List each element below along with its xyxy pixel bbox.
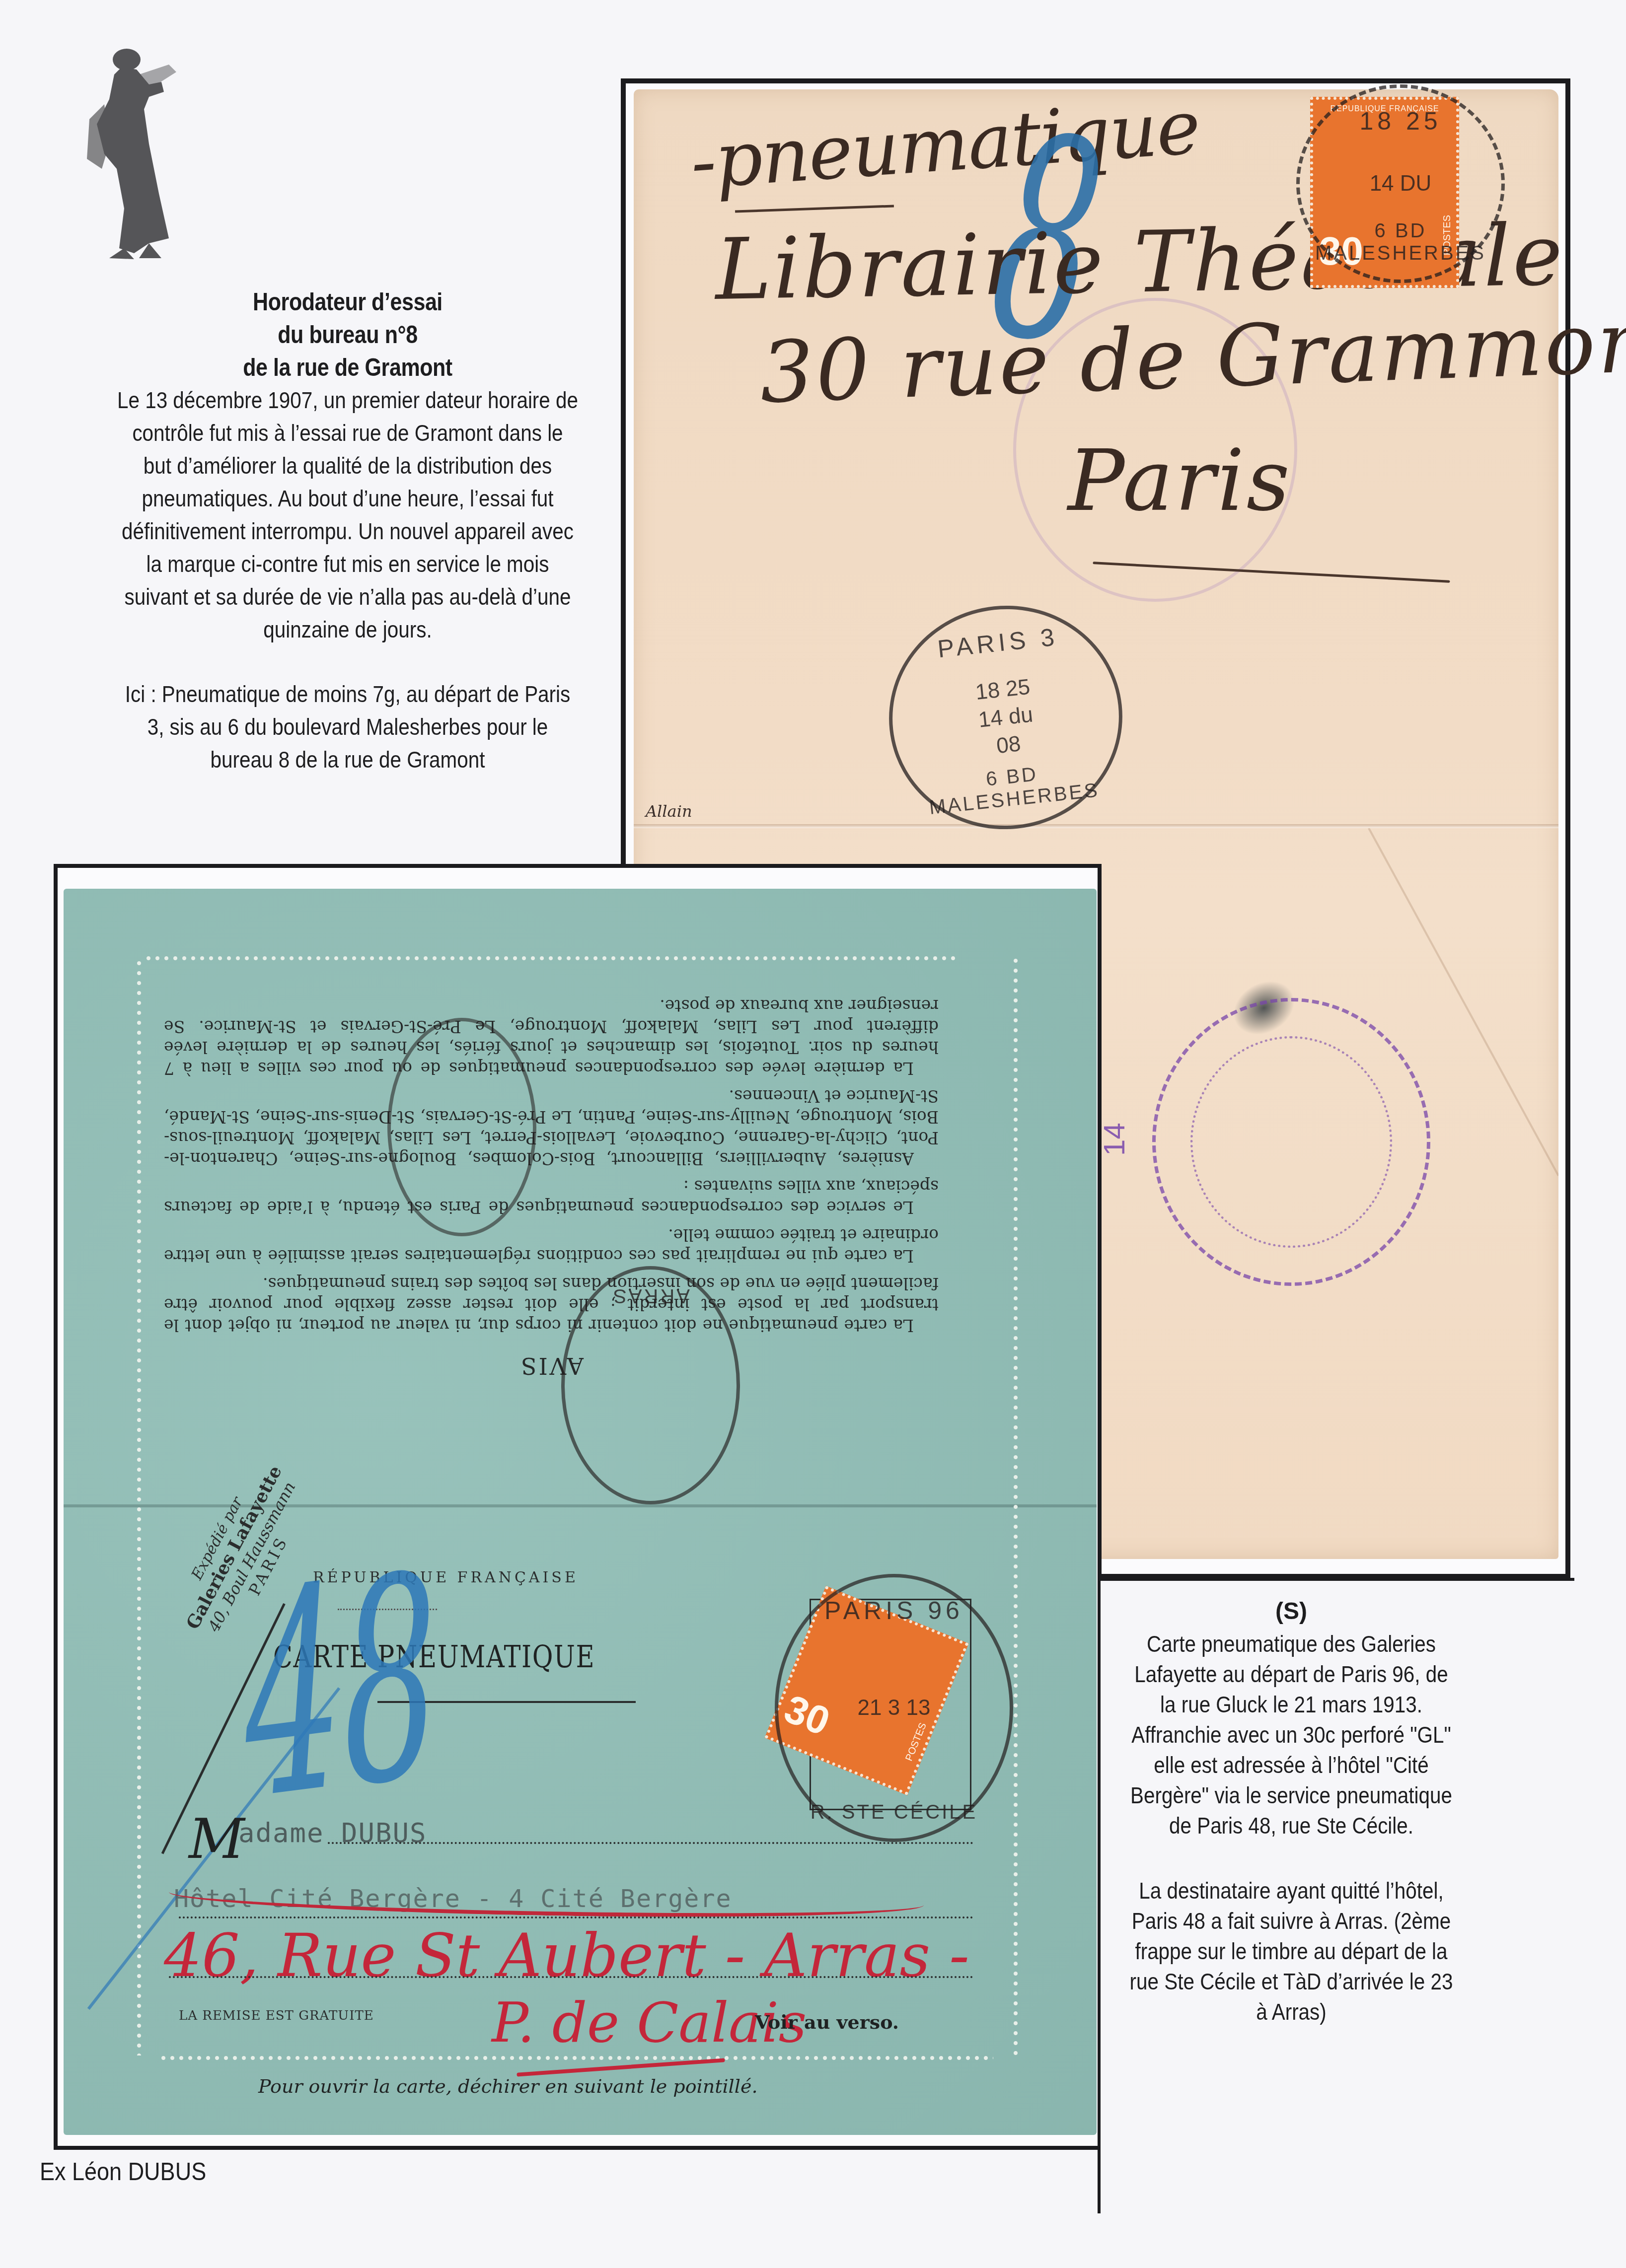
heading-line-3: de la rue de Gramont [117, 351, 579, 384]
address-dotted-line-2 [179, 1916, 973, 1918]
perforation-top [144, 956, 959, 961]
postmark-office: 6 BD MALESHERBES [1300, 220, 1501, 265]
heading-line-1: Horodateur d’essai [117, 285, 579, 318]
heading-line-2: du bureau n°8 [117, 318, 579, 351]
semeuse-sower-illustration [74, 45, 228, 263]
remise-gratuite-note: LA REMISE EST GRATUITE [179, 2008, 374, 2023]
postmark-city: ARRAS [565, 1284, 737, 1307]
violet-horodateur-marking [1152, 998, 1430, 1286]
avis-paragraph: La dernière levée des correspondances pn… [164, 995, 939, 1078]
address-dotted-line-3 [169, 1976, 973, 1978]
avis-title: AVIS [164, 1355, 939, 1376]
opening-instructions: Pour ouvrir la carte, déchirer en suivan… [258, 2075, 758, 2097]
envelope-address-line-3: Paris [1068, 432, 1292, 530]
violet-marking-number: 14 [1097, 1123, 1131, 1156]
avis-side-postmark-1 [387, 1018, 536, 1236]
avis-paragraph: Le service des correspondances pneumatiq… [164, 1176, 939, 1217]
avis-paragraph: La carte qui ne remplirait pas ces condi… [164, 1224, 939, 1266]
perforation-left [137, 958, 142, 2055]
postmark-date: 21 3 13 [778, 1694, 1010, 1722]
rarity-label: (S) [1103, 1595, 1480, 1629]
left-description-panel: Horodateur d’essai du bureau n°8 de la r… [79, 285, 616, 776]
postmark-center: 18 25 14 du 08 [888, 664, 1122, 771]
history-paragraph: Le 13 décembre 1907, un premier dateur h… [117, 384, 579, 646]
blue-pencil-bureau-number: 48 [238, 1514, 445, 1862]
avis-paragraph: La carte pneumatique ne doit contenir ni… [164, 1273, 939, 1336]
item-paragraph: Ici : Pneumatique de moins 7g, au départ… [117, 678, 579, 776]
arras-arrival-postmark: ARRAS [561, 1266, 740, 1504]
avis-notice-upside-down: AVIS La carte pneumatique ne doit conten… [164, 988, 939, 1376]
paris96-departure-postmark: PARIS 96 21 3 13 R. STE CÉCILE [775, 1574, 1013, 1842]
horodateur-inner-ring [1190, 1036, 1392, 1248]
envelope-fold-line [634, 824, 1558, 828]
perforation-right [1013, 956, 1018, 2058]
right-description-panel: (S) Carte pneumatique des Galeries Lafay… [1103, 1595, 1480, 2027]
postmark-time: 18 25 [1300, 107, 1501, 136]
forwarding-paragraph: La destinataire ayant quitté l’hôtel, Pa… [1129, 1875, 1454, 2027]
address-initial-m: M [189, 1807, 245, 1871]
provenance-credit: Ex Léon DUBUS [40, 2157, 206, 2186]
postmark-city: PARIS 96 [778, 1596, 1010, 1625]
forwarding-address-line-1: 46, Rue St Aubert - Arras - [164, 1921, 969, 1990]
card-fold-line [64, 1504, 1097, 1507]
postmark-office: R. STE CÉCILE [778, 1801, 1010, 1824]
perforation-bottom [159, 2055, 993, 2060]
envelope-small-signature: Allain [646, 802, 692, 821]
address-dotted-line-1 [328, 1842, 973, 1844]
card-description-paragraph: Carte pneumatique des Galeries Lafayette… [1129, 1629, 1454, 1841]
envelope-stamp-cancel-postmark: 18 25 14 DU 6 BD MALESHERBES [1296, 84, 1505, 283]
postmark-date: 14 DU [1300, 170, 1501, 198]
avis-paragraph: Asnières, Aubervilliers, Billancourt, Bo… [164, 1085, 939, 1169]
voir-au-verso-note: Voir au verso. [755, 2011, 899, 2033]
